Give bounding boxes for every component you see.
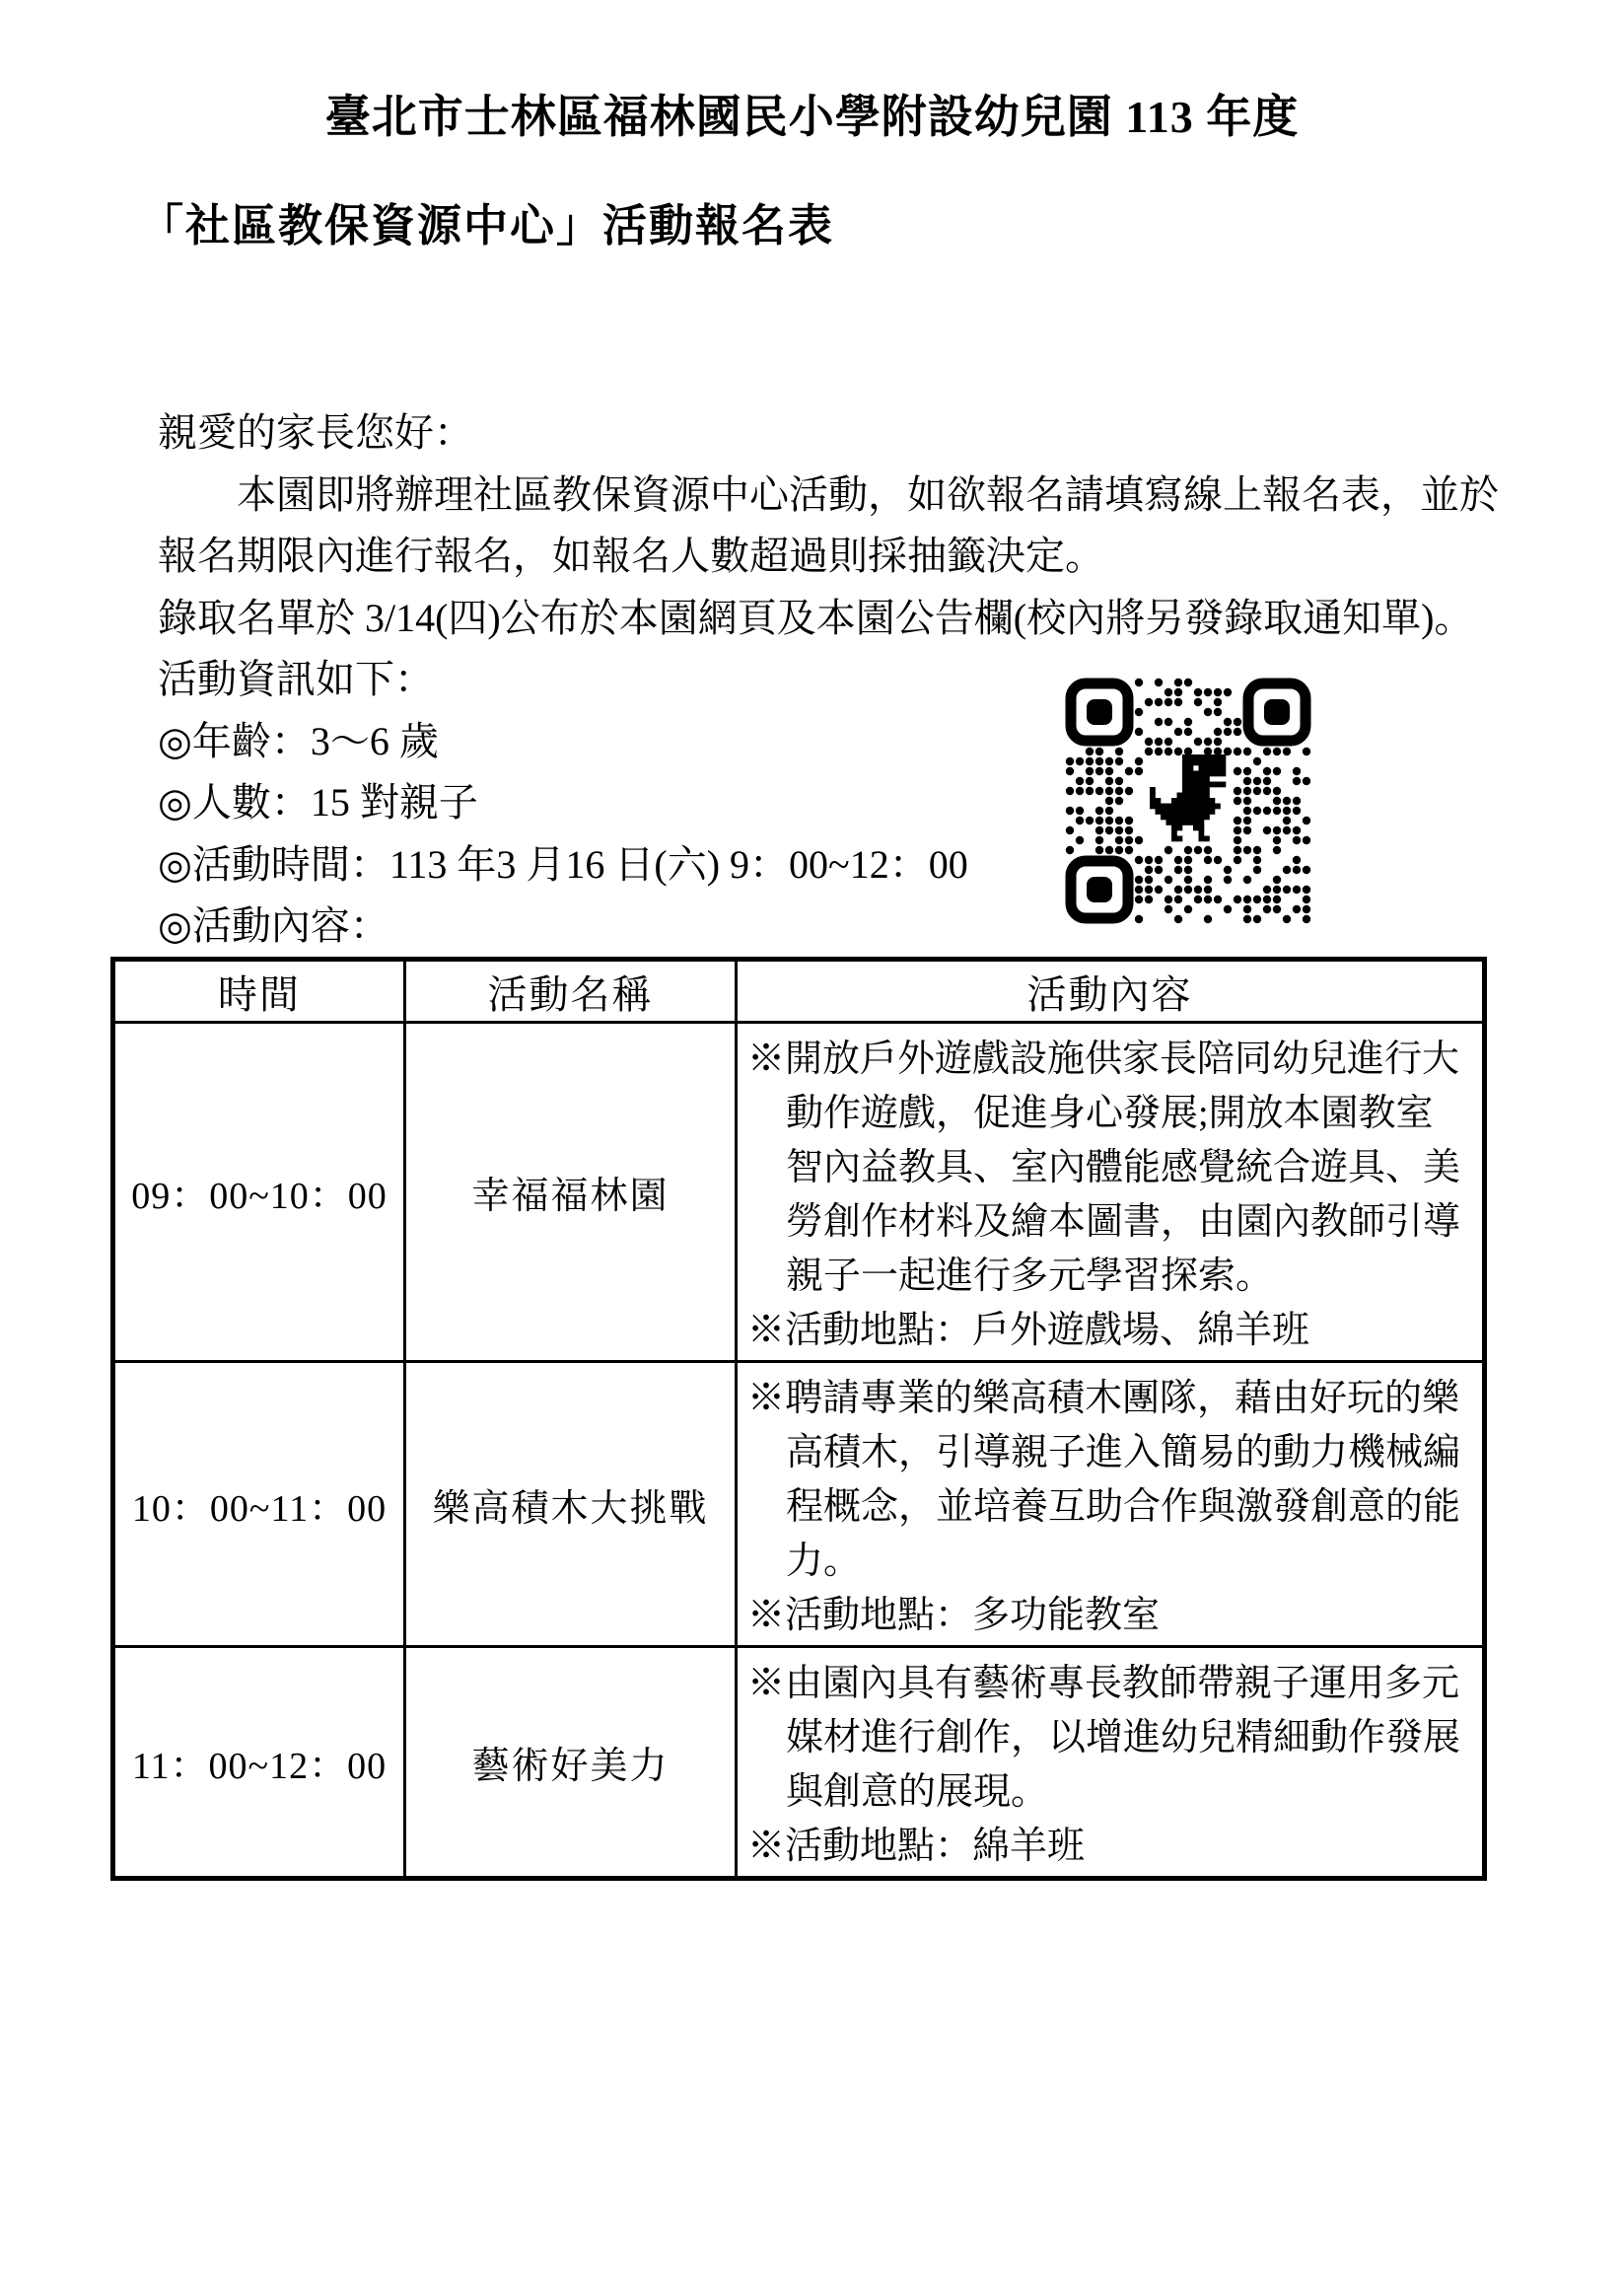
- activity-content-cell: ※開放戶外遊戲設施供家長陪同幼兒進行大動作遊戲，促進身心發展;開放本園教室智內益…: [737, 1023, 1485, 1362]
- page-subtitle: 「社區教保資源中心」活動報名表: [139, 189, 834, 253]
- intro-line: 親愛的家長您好：: [158, 402, 1499, 465]
- activity-schedule-table: 時間 活動名稱 活動內容 09：00~10：00幸福福林園※開放戶外遊戲設施供家…: [110, 957, 1487, 1881]
- time-cell: 11：00~12：00: [113, 1647, 405, 1879]
- page-title: 臺北市士林區福林國民小學附設幼兒園 113 年度: [0, 81, 1624, 146]
- table-body: 09：00~10：00幸福福林園※開放戶外遊戲設施供家長陪同幼兒進行大動作遊戲，…: [113, 1023, 1485, 1879]
- activity-content-line: 力。: [747, 1535, 1478, 1589]
- table-header-row: 時間 活動名稱 活動內容: [113, 960, 1485, 1023]
- header-time: 時間: [113, 960, 405, 1023]
- activity-content-line: ※開放戶外遊戲設施供家長陪同幼兒進行大: [747, 1033, 1478, 1087]
- qr-finder-pattern: [1071, 683, 1128, 741]
- dino-icon: [1150, 754, 1226, 841]
- time-cell: 09：00~10：00: [113, 1023, 405, 1362]
- activity-content-line: 高積木，引導親子進入簡易的動力機械編: [747, 1426, 1478, 1480]
- table-row: 10：00~11：00樂高積木大挑戰※聘請專業的樂高積木團隊，藉由好玩的樂高積木…: [113, 1362, 1485, 1647]
- qr-finder-pattern: [1071, 861, 1128, 918]
- activity-name-cell: 藝術好美力: [405, 1647, 737, 1879]
- activity-content-line: 媒材進行創作，以增進幼兒精細動作發展: [747, 1711, 1478, 1765]
- intro-line: 本園即將辦理社區教保資源中心活動，如欲報名請填寫線上報名表，並於: [158, 465, 1499, 527]
- activity-content-line: 程概念，並培養互助合作與激發創意的能: [747, 1480, 1478, 1535]
- activity-content-line: 智內益教具、室內體能感覺統合遊具、美: [747, 1141, 1478, 1195]
- activity-content-line: 與創意的展現。: [747, 1765, 1478, 1820]
- activity-content-cell: ※聘請專業的樂高積木團隊，藉由好玩的樂高積木，引導親子進入簡易的動力機械編程概念…: [737, 1362, 1485, 1647]
- registration-form-page: 臺北市士林區福林國民小學附設幼兒園 113 年度 「社區教保資源中心」活動報名表…: [0, 0, 1624, 2296]
- header-activity-content: 活動內容: [737, 960, 1485, 1023]
- activity-content-line: 動作遊戲，促進身心發展;開放本園教室: [747, 1087, 1478, 1141]
- activity-name-cell: 幸福福林園: [405, 1023, 737, 1362]
- intro-line: 錄取名單於 3/14(四)公布於本園網頁及本園公告欄(校內將另發錄取通知單)。: [158, 588, 1499, 650]
- qr-finder-pattern: [1248, 683, 1306, 741]
- activity-name-cell: 樂高積木大挑戰: [405, 1362, 737, 1647]
- header-activity-name: 活動名稱: [405, 960, 737, 1023]
- table-row: 09：00~10：00幸福福林園※開放戶外遊戲設施供家長陪同幼兒進行大動作遊戲，…: [113, 1023, 1485, 1362]
- activity-content-line: ※活動地點：綿羊班: [747, 1820, 1478, 1874]
- activity-content-line: ※活動地點：戶外遊戲場、綿羊班: [747, 1304, 1478, 1358]
- activity-content-line: ※活動地點：多功能教室: [747, 1589, 1478, 1643]
- intro-line: 報名期限內進行報名，如報名人數超過則採抽籤決定。: [158, 526, 1499, 588]
- activity-content-line: 勞創作材料及繪本圖書，由園內教師引導: [747, 1195, 1478, 1250]
- activity-content-cell: ※由園內具有藝術專長教師帶親子運用多元媒材進行創作，以增進幼兒精細動作發展與創意…: [737, 1647, 1485, 1879]
- table-row: 11：00~12：00藝術好美力※由園內具有藝術專長教師帶親子運用多元媒材進行創…: [113, 1647, 1485, 1879]
- activity-content-line: 親子一起進行多元學習探索。: [747, 1250, 1478, 1304]
- activity-content-line: ※由園內具有藝術專長教師帶親子運用多元: [747, 1657, 1478, 1711]
- qr-code: [1065, 675, 1311, 927]
- time-cell: 10：00~11：00: [113, 1362, 405, 1647]
- activity-content-line: ※聘請專業的樂高積木團隊，藉由好玩的樂: [747, 1372, 1478, 1426]
